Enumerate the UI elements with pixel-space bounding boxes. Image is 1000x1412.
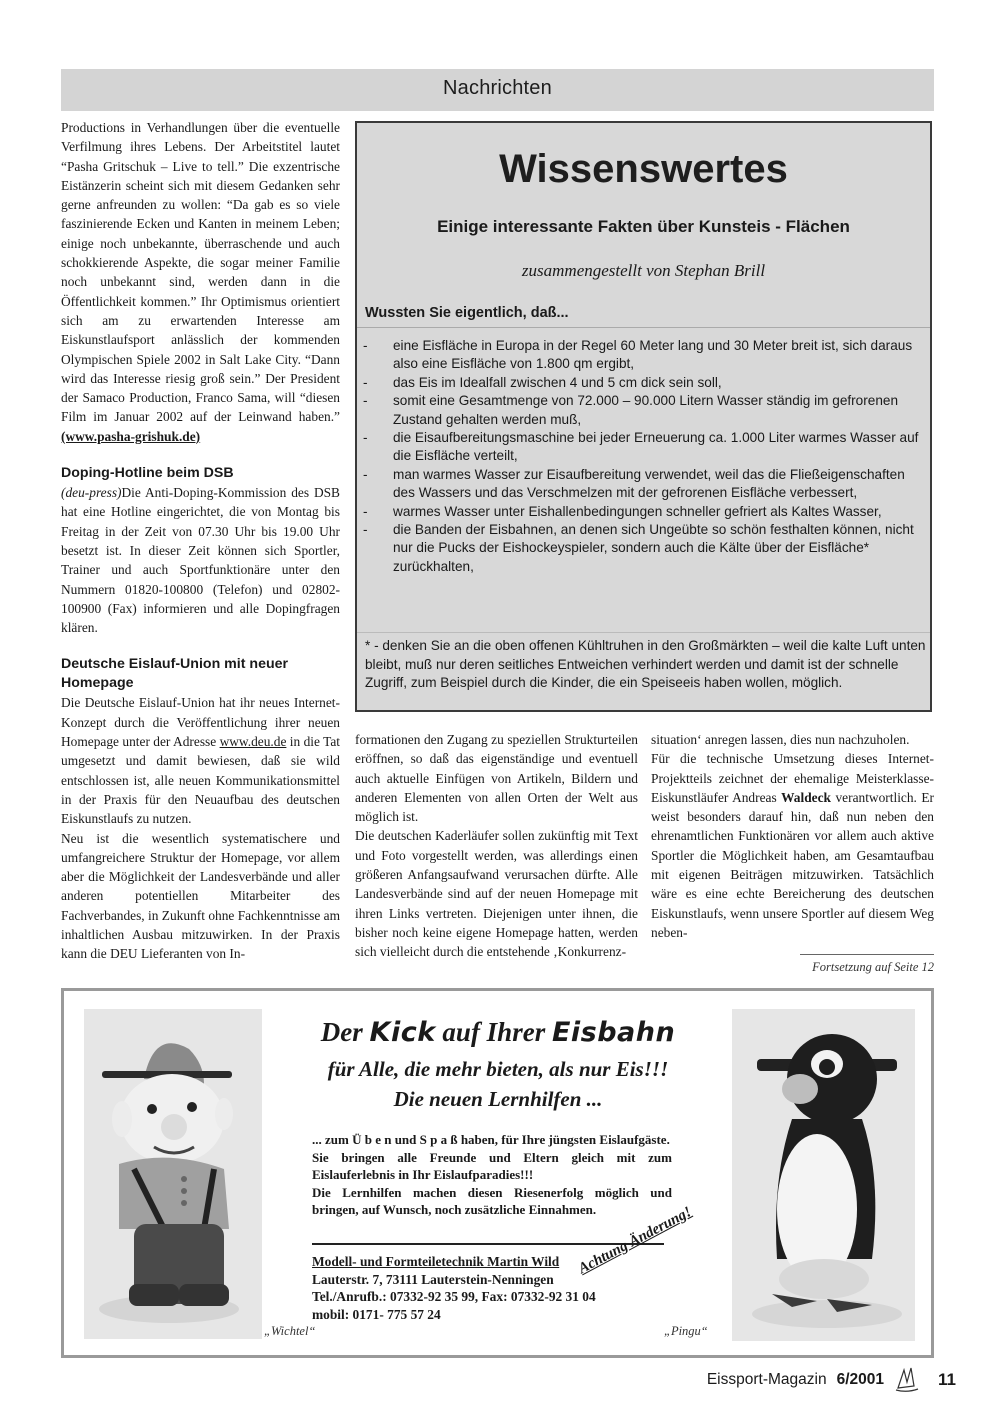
fact-text: somit eine Gesamtmenge von 72.000 – 90.0… bbox=[393, 393, 898, 426]
box-subtitle: Einige interessante Fakten über Kunsteis… bbox=[357, 217, 930, 237]
article-intro: Productions in Verhandlungen über die ev… bbox=[61, 118, 340, 446]
doping-source: (deu-press) bbox=[61, 485, 122, 500]
fact-item: -die Banden der Eisbahnen, an denen sich… bbox=[363, 521, 923, 576]
right-paragraph-2: Für die technische Umsetzung dieses Inte… bbox=[651, 749, 934, 942]
right-column: situation‘ anregen lassen, dies nun nach… bbox=[651, 730, 934, 942]
wissenswertes-box: Wissenswertes Einige interessante Fakten… bbox=[355, 121, 932, 712]
box-lead: Wussten Sie eigentlich, daß... bbox=[365, 305, 569, 321]
penguin-figure-icon bbox=[732, 1009, 915, 1341]
facts-list: -eine Eisfläche in Europa in der Regel 6… bbox=[363, 337, 923, 576]
fact-text: die Eisaufbereitungsmaschine bei jeder E… bbox=[393, 430, 918, 463]
fact-item: -warmes Wasser unter Eishallenbedingunge… bbox=[363, 503, 923, 521]
fact-text: man warmes Wasser zur Eisaufbereitung ve… bbox=[393, 467, 905, 500]
company-phone-fax: Tel./Anrufb.: 07332-92 35 99, Fax: 07332… bbox=[312, 1288, 692, 1306]
pingu-photo bbox=[732, 1009, 915, 1341]
box-divider bbox=[357, 632, 930, 633]
left-column: Productions in Verhandlungen über die ev… bbox=[61, 118, 340, 964]
deu-link[interactable]: www.deu.de bbox=[220, 734, 287, 749]
fact-item: -somit eine Gesamtmenge von 72.000 – 90.… bbox=[363, 392, 923, 429]
wichtel-photo bbox=[84, 1009, 262, 1339]
box-byline: zusammengestellt von Stephan Brill bbox=[357, 261, 930, 281]
right-text-2: verantwortlich. Er weist besonders darau… bbox=[651, 790, 934, 940]
fact-item: -die Eisaufbereitungsmaschine bei jeder … bbox=[363, 429, 923, 466]
headline-part: Der bbox=[321, 1017, 370, 1047]
magazine-name: Eissport-Magazin bbox=[707, 1371, 827, 1389]
doping-article: (deu-press)Die Anti-Doping-Kommission de… bbox=[61, 483, 340, 637]
deu-paragraph-2: Neu ist die wesentlich systematischere u… bbox=[61, 829, 340, 964]
section-title: Nachrichten bbox=[61, 77, 934, 100]
doping-heading: Doping-Hotline beim DSB bbox=[61, 464, 340, 483]
fact-item: -man warmes Wasser zur Eisaufbereitung v… bbox=[363, 466, 923, 503]
middle-column: formationen den Zugang zu speziellen Str… bbox=[355, 730, 638, 962]
ad-body-line: ... zum Ü b e n und S p a ß haben, für I… bbox=[312, 1131, 672, 1149]
dash-bullet: - bbox=[363, 392, 368, 410]
box-title: Wissenswertes bbox=[357, 147, 930, 192]
continued-rule bbox=[800, 954, 934, 955]
headline-kick: Kick bbox=[370, 1017, 436, 1048]
dash-bullet: - bbox=[363, 521, 368, 539]
company-name: Modell- und Formteiletechnik Martin Wild bbox=[312, 1253, 692, 1271]
box-footnote: * - denken Sie an die oben offenen Kühlt… bbox=[365, 637, 927, 693]
ad-body-line: Sie bringen alle Freunde und Eltern glei… bbox=[312, 1149, 672, 1184]
mid-paragraph-2: Die deutschen Kaderläufer sollen zukünft… bbox=[355, 826, 638, 961]
intro-text: Productions in Verhandlungen über die ev… bbox=[61, 120, 340, 424]
right-paragraph-1: situation‘ anregen lassen, dies nun nach… bbox=[651, 730, 934, 749]
headline-part: auf Ihrer bbox=[436, 1017, 552, 1047]
dash-bullet: - bbox=[363, 466, 368, 484]
page-number: 11 bbox=[938, 1370, 956, 1390]
dash-bullet: - bbox=[363, 337, 368, 355]
doping-body: Die Anti-Doping-Kommission des DSB hat e… bbox=[61, 485, 340, 635]
fact-item: -das Eis im Idealfall zwischen 4 und 5 c… bbox=[363, 374, 923, 392]
dash-bullet: - bbox=[363, 374, 368, 392]
wichtel-figure-icon bbox=[84, 1009, 262, 1339]
continued-note: Fortsetzung auf Seite 12 bbox=[812, 960, 934, 975]
ad-body: ... zum Ü b e n und S p a ß haben, für I… bbox=[312, 1131, 672, 1219]
ad-subheadline: Die neuen Lernhilfen ... bbox=[274, 1087, 722, 1112]
ad-contact: Modell- und Formteiletechnik Martin Wild… bbox=[312, 1253, 692, 1323]
person-name: Waldeck bbox=[781, 790, 831, 805]
pingu-caption: „Pingu“ bbox=[664, 1324, 708, 1339]
fact-text: die Banden der Eisbahnen, an denen sich … bbox=[393, 522, 914, 574]
deu-article: Die Deutsche Eislauf-Union hat ihr neues… bbox=[61, 693, 340, 828]
issue-number: 6/2001 bbox=[837, 1371, 884, 1389]
box-divider bbox=[357, 327, 930, 328]
fact-text: das Eis im Idealfall zwischen 4 und 5 cm… bbox=[393, 375, 722, 390]
fact-item: -eine Eisfläche in Europa in der Regel 6… bbox=[363, 337, 923, 374]
section-header-bar: Nachrichten bbox=[61, 69, 934, 111]
pasha-grishuk-link[interactable]: (www.pasha-grishuk.de) bbox=[61, 429, 200, 444]
ad-headline: Der Kick auf Ihrer Eisbahn bbox=[274, 1017, 722, 1048]
company-address: Lauterstr. 7, 73111 Lauterstein-Nenninge… bbox=[312, 1271, 692, 1289]
headline-eisbahn: Eisbahn bbox=[552, 1017, 675, 1048]
deu-heading: Deutsche Eislauf-Union mit neuer Homepag… bbox=[61, 655, 340, 693]
dash-bullet: - bbox=[363, 503, 368, 521]
fact-text: warmes Wasser unter Eishallenbedingungen… bbox=[393, 504, 882, 519]
fact-text: eine Eisfläche in Europa in der Regel 60… bbox=[393, 338, 912, 371]
mid-paragraph-1: formationen den Zugang zu speziellen Str… bbox=[355, 730, 638, 826]
magazine-logo-icon bbox=[894, 1366, 920, 1394]
company-mobile: mobil: 0171- 775 57 24 bbox=[312, 1306, 692, 1324]
wichtel-caption: „Wichtel“ bbox=[264, 1324, 315, 1339]
ad-body-line: Die Lernhilfen machen diesen Riesenerfol… bbox=[312, 1184, 672, 1219]
ad-tagline: für Alle, die mehr bieten, als nur Eis!!… bbox=[274, 1057, 722, 1082]
page-footer: Eissport-Magazin 6/2001 11 bbox=[707, 1366, 956, 1394]
dash-bullet: - bbox=[363, 429, 368, 447]
advertisement: „Wichtel“ Der Kick auf Ihrer Eisbahn für… bbox=[61, 988, 934, 1358]
